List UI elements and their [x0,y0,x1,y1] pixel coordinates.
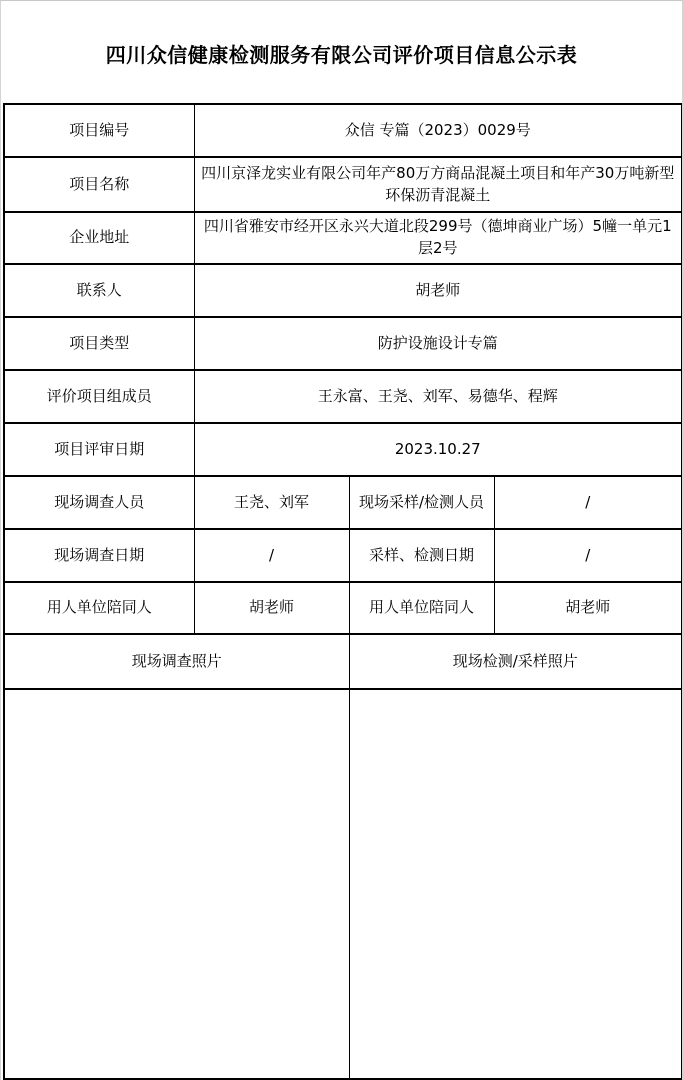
label-cell: 现场调查人员 [4,476,194,529]
value-cell: 2023.10.27 [194,423,682,476]
label-cell: 项目类型 [4,317,194,370]
value-cell: 众信 专篇（2023）0029号 [194,104,682,157]
value-cell: 王尧、刘军 [194,476,349,529]
label-cell: 用人单位陪同人 [349,582,494,634]
label-cell: 联系人 [4,264,194,317]
photo-header-right: 现场检测/采样照片 [349,634,682,689]
row-site-survey-date: 现场调查日期 / 采样、检测日期 / [4,529,682,582]
page: { "title": "四川众信健康检测服务有限公司评价项目信息公示表", "i… [0,0,683,1080]
row-project-name: 项目名称 四川京泽龙实业有限公司年产80万方商品混凝土项目和年产30万吨新型环保… [4,157,682,212]
row-project-type: 项目类型 防护设施设计专篇 [4,317,682,370]
row-employer-companion: 用人单位陪同人 胡老师 用人单位陪同人 胡老师 [4,582,682,634]
value-cell: / [494,476,682,529]
photo-area-right [349,689,682,1079]
value-cell: 胡老师 [494,582,682,634]
value-cell: / [494,529,682,582]
row-photo-areas [4,689,682,1079]
row-review-date: 项目评审日期 2023.10.27 [4,423,682,476]
label-cell: 项目名称 [4,157,194,212]
photo-header-left: 现场调查照片 [4,634,349,689]
project-info-table: 项目编号 众信 专篇（2023）0029号 项目名称 四川京泽龙实业有限公司年产… [3,103,683,1080]
label-cell: 项目评审日期 [4,423,194,476]
value-cell: / [194,529,349,582]
value-cell: 四川省雅安市经开区永兴大道北段299号（德坤商业广场）5幢一单元1层2号 [194,212,682,264]
label-cell: 采样、检测日期 [349,529,494,582]
label-cell: 评价项目组成员 [4,370,194,423]
row-contact-person: 联系人 胡老师 [4,264,682,317]
label-cell: 企业地址 [4,212,194,264]
value-cell: 四川京泽龙实业有限公司年产80万方商品混凝土项目和年产30万吨新型环保沥青混凝土 [194,157,682,212]
label-cell: 现场采样/检测人员 [349,476,494,529]
value-cell: 胡老师 [194,264,682,317]
value-cell: 防护设施设计专篇 [194,317,682,370]
row-photo-headers: 现场调查照片 现场检测/采样照片 [4,634,682,689]
row-company-address: 企业地址 四川省雅安市经开区永兴大道北段299号（德坤商业广场）5幢一单元1层2… [4,212,682,264]
page-title: 四川众信健康检测服务有限公司评价项目信息公示表 [1,1,682,67]
value-cell: 王永富、王尧、刘军、易德华、程辉 [194,370,682,423]
row-site-survey-personnel: 现场调查人员 王尧、刘军 现场采样/检测人员 / [4,476,682,529]
label-cell: 现场调查日期 [4,529,194,582]
value-cell: 胡老师 [194,582,349,634]
label-cell: 用人单位陪同人 [4,582,194,634]
label-cell: 项目编号 [4,104,194,157]
row-project-number: 项目编号 众信 专篇（2023）0029号 [4,104,682,157]
row-evaluation-team: 评价项目组成员 王永富、王尧、刘军、易德华、程辉 [4,370,682,423]
photo-area-left [4,689,349,1079]
